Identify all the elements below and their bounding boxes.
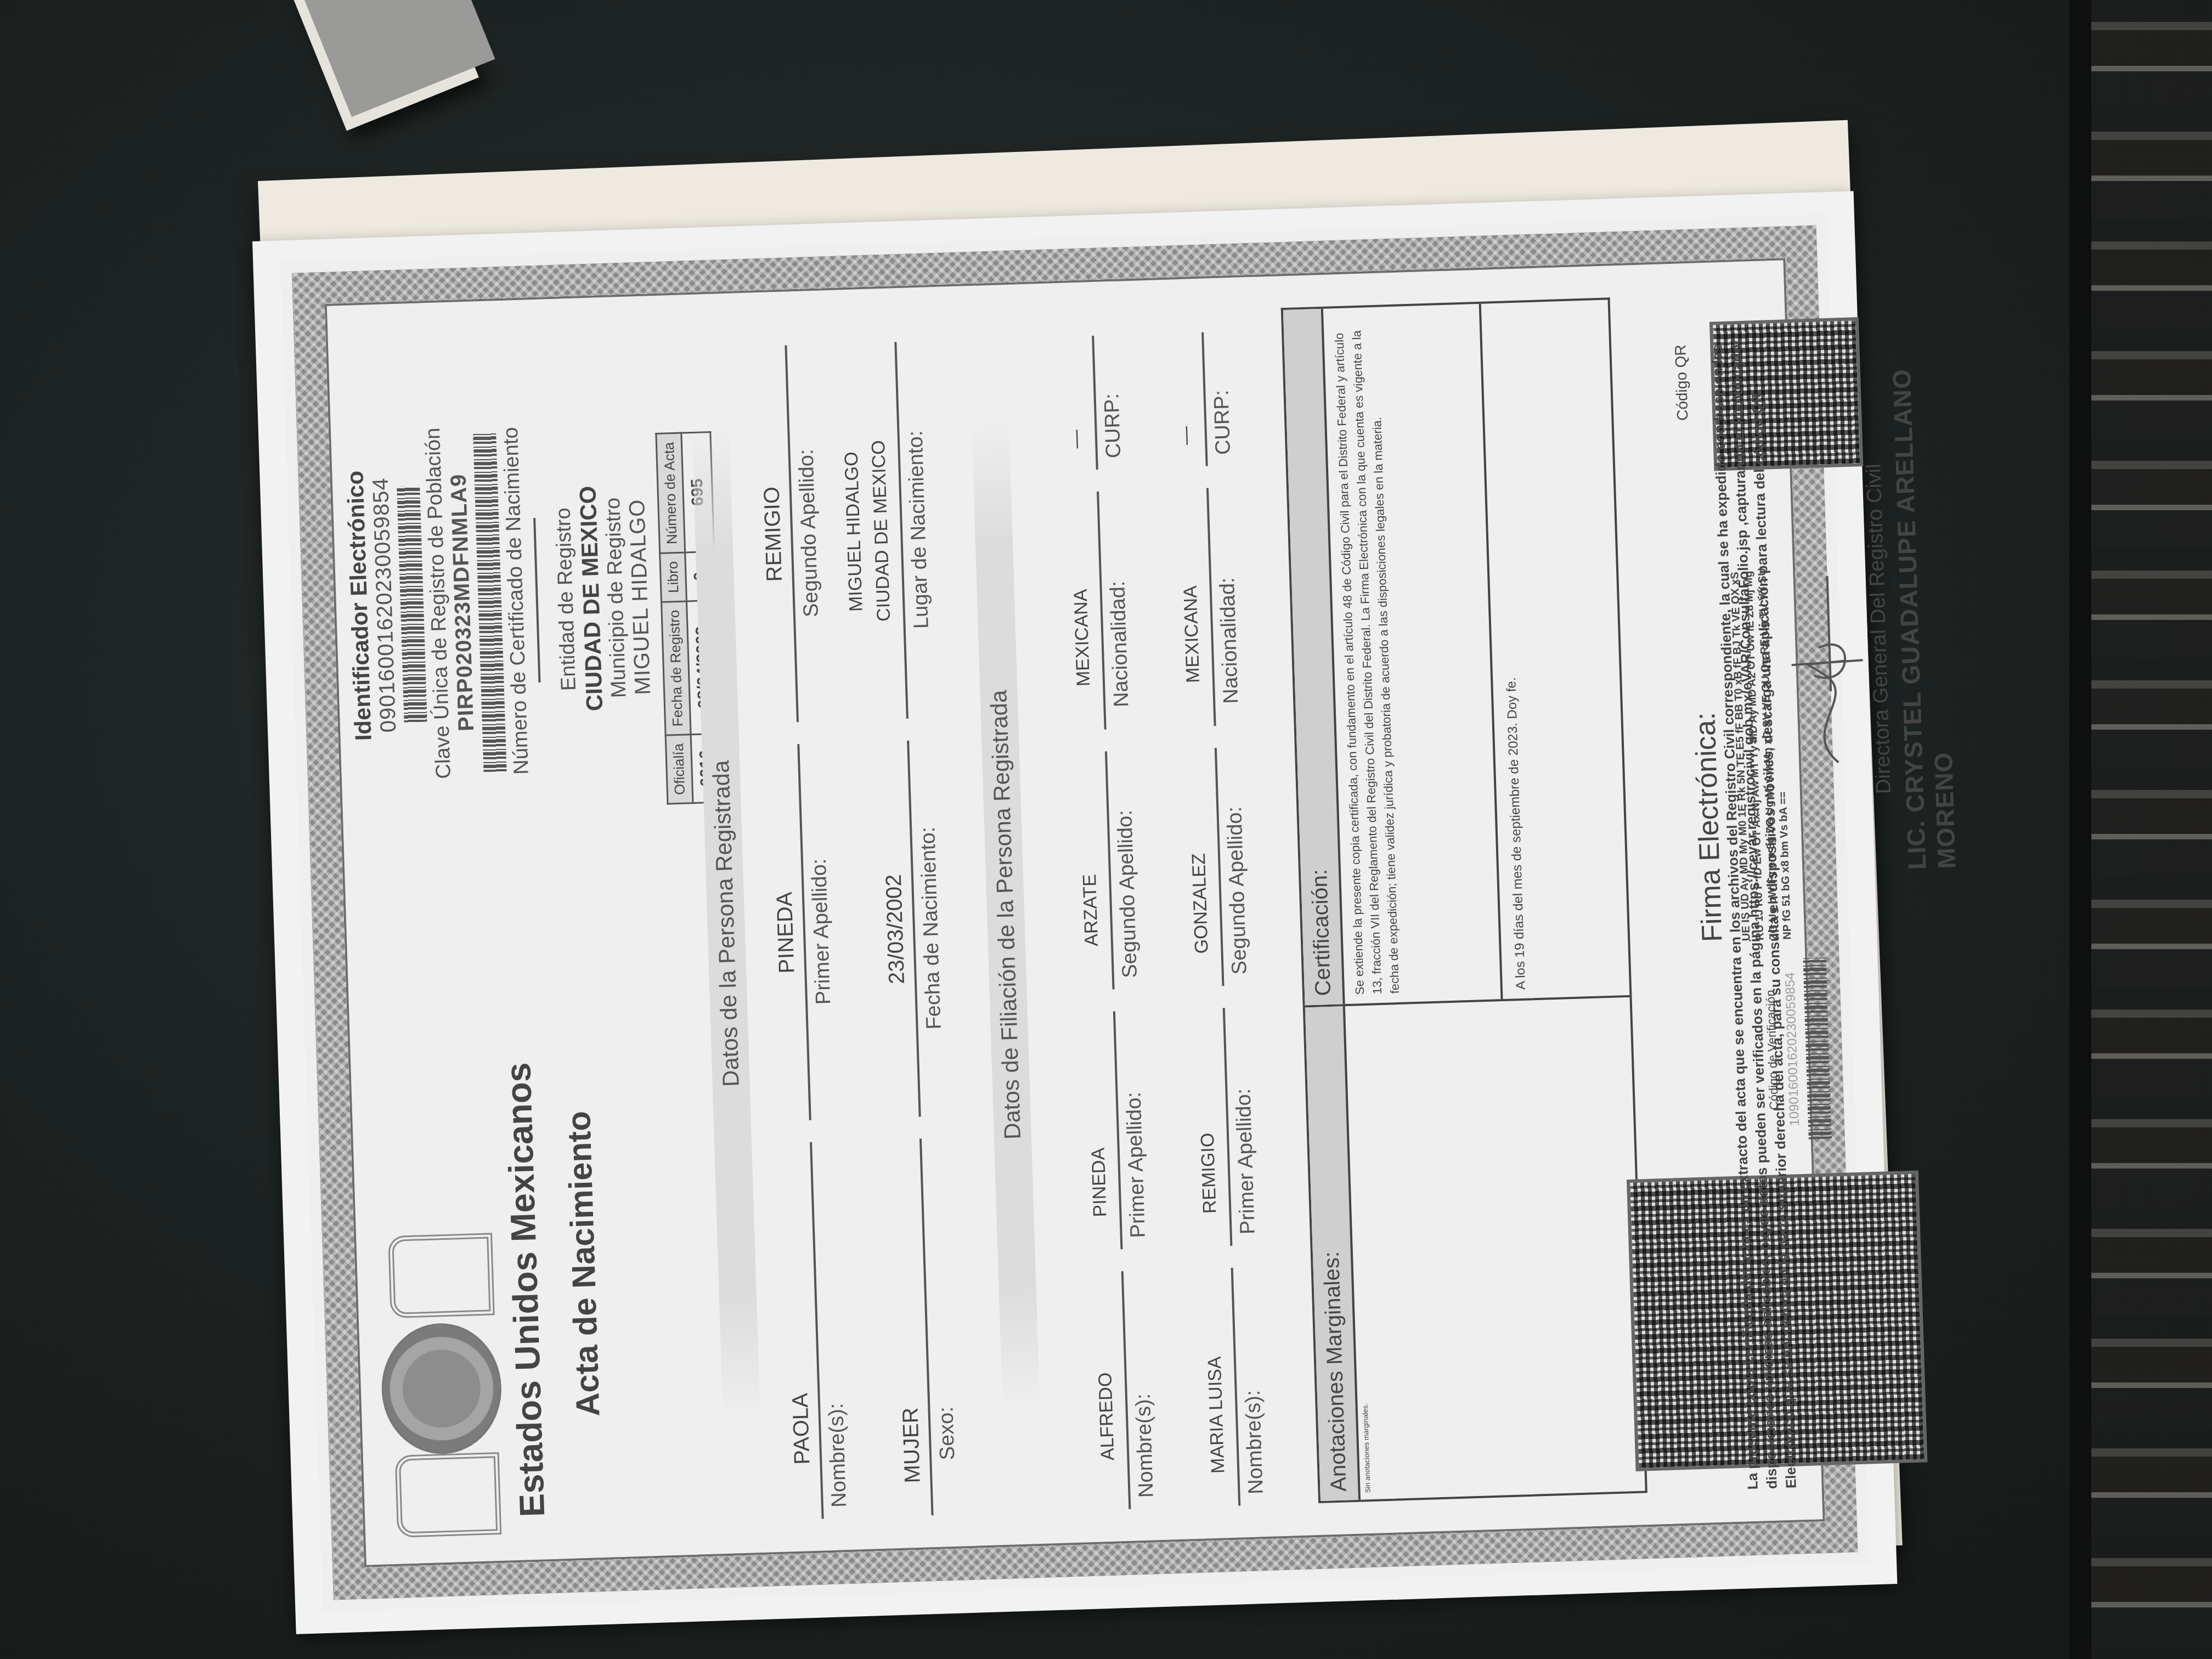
header-numero-acta: Número de Acta (656, 433, 685, 553)
padre-nacionalidad-value: MEXICANA (1070, 589, 1095, 687)
madre-primer-apellido-value: REMIGIO (1197, 1132, 1221, 1214)
padre-nombre-label: Nombre(s): (1132, 1393, 1159, 1498)
annotations-certification: Anotaciones Marginales: Sin anotaciones … (1281, 297, 1647, 1503)
certificacion-box: Certificación: Se extiende la presente c… (1281, 297, 1632, 1005)
national-seal-icon (380, 1322, 503, 1456)
certificado-label: Número de Certificado de Nacimiento (496, 332, 537, 870)
table-edge-shadow (2069, 0, 2091, 1659)
nombre-value: PAOLA (788, 1393, 815, 1465)
header-fecha-registro: Fecha de Registro (662, 601, 691, 736)
emblem-strip (369, 1338, 485, 1538)
background-paper-stack (289, 0, 479, 131)
madre-curp-value: — (1175, 426, 1197, 445)
padre-nacionalidad-label: Nacionalidad: (1106, 580, 1133, 708)
padre-row: ALFREDONombre(s): PINEDAPrimer Apellido:… (1062, 312, 1187, 1510)
birth-certificate: Estados Unidos Mexicanos Acta de Nacimie… (280, 214, 1869, 1611)
madre-segundo-apellido-value: GONZALEZ (1188, 853, 1213, 954)
padre-nombre-value: ALFREDO (1095, 1372, 1119, 1461)
madre-nacionalidad-label: Nacionalidad: (1216, 577, 1243, 704)
sexo-value: MUJER (898, 1407, 925, 1483)
ornament-left-icon (395, 1452, 502, 1538)
country-title: Estados Unidos Mexicanos (498, 1062, 552, 1518)
lugar-nacimiento-line2: CIUDAD DE MEXICO (865, 342, 898, 720)
table-edge (2091, 0, 2212, 1659)
madre-primer-apellido-label: Primer Apellido: (1232, 1088, 1260, 1234)
document-sheet: Estados Unidos Mexicanos Acta de Nacimie… (252, 191, 1897, 1634)
madre-nombre-label: Nombre(s): (1242, 1390, 1268, 1494)
nombre-label: Nombre(s): (825, 1403, 851, 1508)
padre-curp-value: — (1065, 430, 1087, 449)
padre-curp-label: CURP: (1100, 393, 1126, 459)
persona-section-title: Datos de la Persona Registrada (688, 303, 764, 1544)
header-oficialia: Oficialía (665, 735, 693, 804)
anotaciones-box: Anotaciones Marginales: Sin anotaciones … (1303, 995, 1647, 1503)
document-title: Acta de Nacimiento (560, 1110, 607, 1417)
madre-nombre-value: MARIA LUISA (1204, 1356, 1229, 1474)
padre-segundo-apellido-value: ARZATE (1079, 874, 1103, 947)
padre-primer-apellido-value: PINEDA (1088, 1147, 1111, 1217)
identificador-barcode (397, 486, 427, 723)
qr-label: Código QR (1672, 345, 1691, 421)
verificacion-barcode (1803, 958, 1831, 1139)
persona-birth-row: MUJERSexo: 23/03/2002Fecha de Nacimiento… (864, 318, 989, 1516)
certificacion-text: Se extiende la presente copia certificad… (1323, 304, 1503, 1004)
madre-nacionalidad-value: MEXICANA (1180, 585, 1205, 684)
madre-segundo-apellido-label: Segundo Apellido: (1223, 806, 1252, 975)
header-libro: Libro (660, 552, 687, 602)
padre-primer-apellido-label: Primer Apellido: (1122, 1092, 1150, 1238)
padre-segundo-apellido-label: Segundo Apellido: (1113, 810, 1142, 979)
madre-curp-label: CURP: (1210, 390, 1235, 455)
handwritten-signature-icon (1783, 564, 1872, 775)
ornament-right-icon (388, 1233, 495, 1318)
certificado-value-blank (533, 518, 540, 682)
registry-info: Identificador Electrónico 09016001620230… (338, 326, 725, 875)
madre-row: MARIA LUISANombre(s): REMIGIOPrimer Apel… (1171, 308, 1296, 1506)
sexo-label: Sexo: (934, 1406, 960, 1460)
